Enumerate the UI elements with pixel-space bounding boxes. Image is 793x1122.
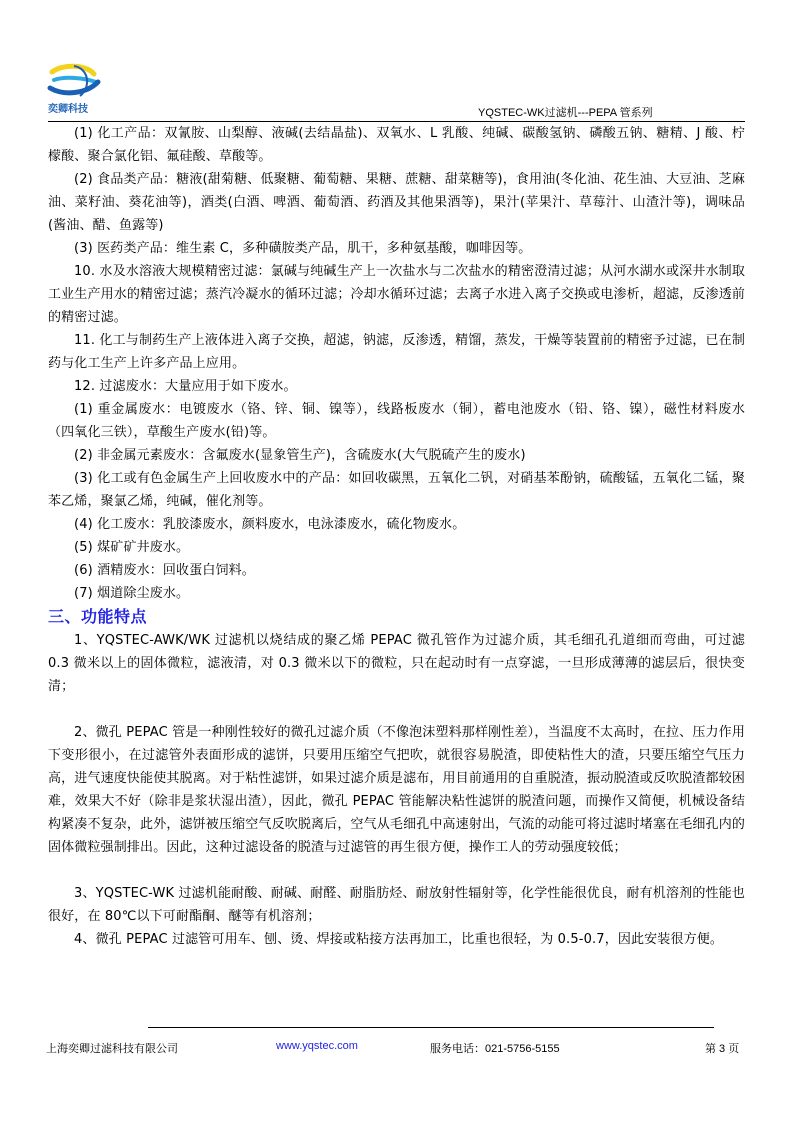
paragraph: (1) 重金属废水：电镀废水（铬、锌、铜、镍等），线路板废水（铜），蓄电池废水（… xyxy=(48,398,745,444)
paragraph: (3) 化工或有色金属生产上回收废水中的产品：如回收碳黑，五氧化二钒，对硝基苯酚… xyxy=(48,467,745,513)
page-number: 第 3 页 xyxy=(705,1040,739,1056)
document-body: (1) 化工产品：双氰胺、山梨醇、液碱(去结晶盐)、双氧水、L 乳酸、纯碱、碳酸… xyxy=(48,122,745,951)
footer-company: 上海奕卿过滤科技有限公司 xyxy=(46,1040,178,1056)
paragraph: (7) 烟道除尘废水。 xyxy=(48,582,745,605)
footer-divider xyxy=(148,1027,714,1028)
feature-paragraph: 3、YQSTEC-WK 过滤机能耐酸、耐碱、耐醛、耐脂肪烃、耐放射性辐射等，化学… xyxy=(48,882,745,928)
footer-website-link[interactable]: www.yqstec.com xyxy=(276,1040,358,1052)
paragraph: (1) 化工产品：双氰胺、山梨醇、液碱(去结晶盐)、双氧水、L 乳酸、纯碱、碳酸… xyxy=(48,122,745,168)
feature-paragraph: 2、微孔 PEPAC 管是一种刚性较好的微孔过滤介质（不像泡沫塑料那样刚性差），… xyxy=(48,721,745,859)
paragraph: (3) 医药类产品：维生素 C，多种磺胺类产品，肌干，多种氨基酸，咖啡因等。 xyxy=(48,237,745,260)
feature-paragraph: 1、YQSTEC-AWK/WK 过滤机以烧结成的聚乙烯 PEPAC 微孔管作为过… xyxy=(48,629,745,698)
paragraph: 11. 化工与制药生产上液体进入离子交换，超滤，钠滤，反渗透，精馏，蒸发，干燥等… xyxy=(48,329,745,375)
footer-service-phone: 服务电话：021-5756-5155 xyxy=(430,1040,560,1056)
paragraph: (5) 煤矿矿井废水。 xyxy=(48,536,745,559)
page-footer: 上海奕卿过滤科技有限公司 www.yqstec.com 服务电话：021-575… xyxy=(0,1040,793,1056)
paragraph: 10. 水及水溶液大规模精密过滤：氯碱与纯碱生产上一次盐水与二次盐水的精密澄清过… xyxy=(48,260,745,329)
globe-swoosh-icon xyxy=(44,60,104,102)
section-heading: 三、功能特点 xyxy=(48,605,745,629)
document-header-title: YQSTEC-WK过滤机---PEPA 管系列 xyxy=(478,104,653,120)
paragraph: (2) 食品类产品：糖液(甜菊糖、低聚糖、葡萄糖、果糖、蔗糖、甜菜糖等)，食用油… xyxy=(48,168,745,237)
paragraph: (2) 非金属元素废水：含氟废水(显象管生产)，含硫废水(大气脱硫产生的废水) xyxy=(48,444,745,467)
paragraph: 12. 过滤废水：大量应用于如下废水。 xyxy=(48,375,745,398)
blank-line xyxy=(48,859,745,882)
feature-paragraph: 4、微孔 PEPAC 过滤管可用车、刨、烫、焊接或粘接方法再加工，比重也很轻，为… xyxy=(48,928,745,951)
paragraph: (4) 化工废水：乳胶漆废水，颜料废水，电泳漆废水，硫化物废水。 xyxy=(48,513,745,536)
paragraph: (6) 酒精废水：回收蛋白饲料。 xyxy=(48,559,745,582)
logo-text: 奕卿科技 xyxy=(48,100,88,115)
blank-line xyxy=(48,698,745,721)
